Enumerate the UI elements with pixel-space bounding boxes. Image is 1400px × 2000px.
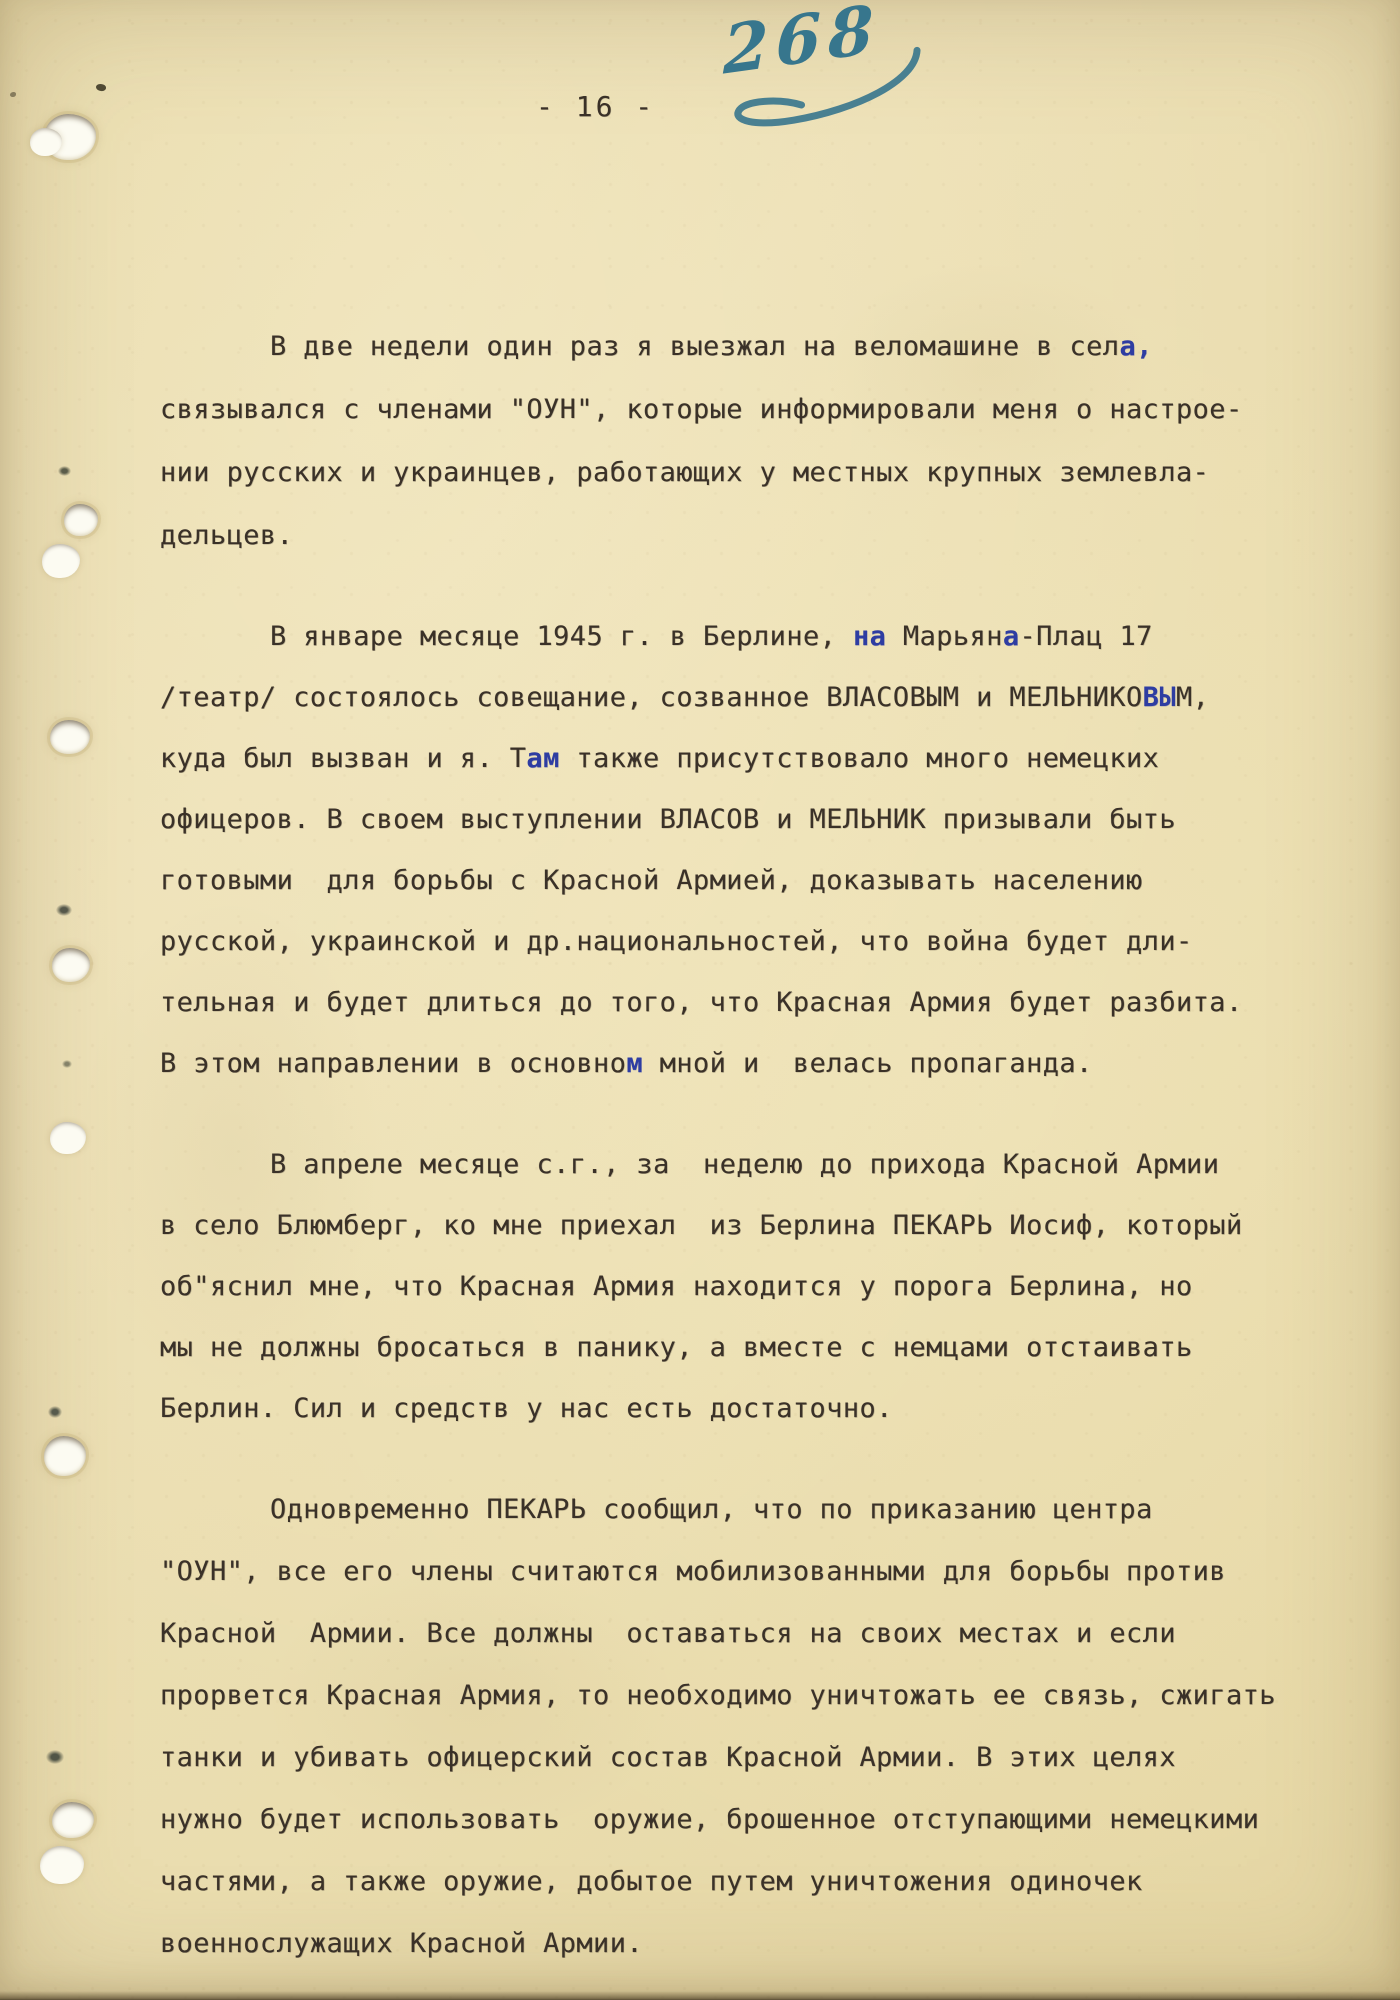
typed-text: нужно будет использовать оружие, брошенн…	[160, 1804, 1259, 1835]
paragraph: Одновременно ПЕКАРЬ сообщил, что по прик…	[160, 1480, 1310, 1976]
blue-ink-correction: ам	[526, 743, 559, 774]
text-line: танки и убивать офицерский состав Красно…	[160, 1728, 1310, 1790]
paragraph: В две недели один раз я выезжал на велом…	[160, 317, 1310, 569]
text-line: офицеров. В своем выступлении ВЛАСОВ и М…	[160, 791, 1310, 852]
typed-text: готовыми для борьбы с Красной Армией, до…	[160, 865, 1143, 896]
typed-text: Одновременно ПЕКАРЬ сообщил, что по прик…	[270, 1494, 1153, 1525]
page-number: - 16 -	[536, 90, 655, 123]
typed-text: -Плац 17	[1020, 621, 1153, 652]
typed-text: военнослужащих Красной Армии.	[160, 1928, 643, 1959]
text-line: готовыми для борьбы с Красной Армией, до…	[160, 852, 1310, 913]
text-line: нии русских и украинцев, работающих у ме…	[160, 443, 1310, 506]
blue-ink-correction: а	[1003, 621, 1020, 652]
text-line: Берлин. Сил и средств у нас есть достато…	[160, 1380, 1310, 1441]
typed-text: Берлин. Сил и средств у нас есть достато…	[160, 1393, 893, 1424]
typed-text: офицеров. В своем выступлении ВЛАСОВ и М…	[160, 804, 1176, 835]
text-line: связывался с членами "ОУН", которые инфо…	[160, 380, 1310, 443]
typed-text: также присутствовало много немецких	[560, 743, 1160, 774]
paper-mark	[56, 904, 72, 916]
typed-text: В две недели один раз я выезжал на велом…	[270, 331, 1119, 362]
text-line: прорвется Красная Армия, то необходимо у…	[160, 1666, 1310, 1728]
typed-text: /театр/ состоялось совещание, созванное …	[160, 682, 1143, 713]
text-line: В апреле месяце с.г., за неделю до прихо…	[160, 1136, 1310, 1197]
text-line: тельная и будет длиться до того, что Кра…	[160, 974, 1310, 1035]
blue-ink-correction: а,	[1119, 331, 1152, 362]
typed-text: Красной Армии. Все должны оставаться на …	[160, 1618, 1176, 1649]
text-line: куда был вызван и я. Там также присутств…	[160, 730, 1310, 791]
typed-text: мной и велась пропаганда.	[643, 1048, 1093, 1079]
blue-ink-correction: м	[626, 1048, 643, 1079]
text-line: /театр/ состоялось совещание, созванное …	[160, 669, 1310, 730]
text-line: мы не должны бросаться в панику, а вмест…	[160, 1319, 1310, 1380]
typed-text: мы не должны бросаться в панику, а вмест…	[160, 1332, 1193, 1363]
text-line: В две недели один раз я выезжал на велом…	[160, 317, 1310, 380]
paper-bottom-edge	[0, 1991, 1400, 2000]
paragraph: В январе месяце 1945 г. в Берлине, на Ма…	[160, 608, 1310, 1096]
typed-text: В апреле месяце с.г., за неделю до прихо…	[270, 1149, 1219, 1180]
typed-text: В этом направлении в основно	[160, 1048, 626, 1079]
text-line: об"яснил мне, что Красная Армия находитс…	[160, 1258, 1310, 1319]
typed-text: в село Блюмберг, ко мне приехал из Берли…	[160, 1210, 1243, 1241]
typed-text: Марьян	[886, 621, 1003, 652]
text-line: дельцев.	[160, 506, 1310, 569]
paper-mark	[62, 1060, 72, 1068]
typed-text: М,	[1176, 682, 1209, 713]
typed-text: танки и убивать офицерский состав Красно…	[160, 1742, 1176, 1773]
typed-text: русской, украинской и др.национальностей…	[160, 926, 1193, 957]
typed-text: дельцев.	[160, 520, 293, 551]
text-line: Красной Армии. Все должны оставаться на …	[160, 1604, 1310, 1666]
paper-mark	[48, 1406, 62, 1418]
paragraph: В апреле месяце с.г., за неделю до прихо…	[160, 1136, 1310, 1441]
typed-text: связывался с членами "ОУН", которые инфо…	[160, 394, 1243, 425]
paper-mark	[46, 1750, 64, 1764]
typed-text: куда был вызван и я. Т	[160, 743, 526, 774]
typed-text: прорвется Красная Армия, то необходимо у…	[160, 1680, 1276, 1711]
text-line: В январе месяце 1945 г. в Берлине, на Ма…	[160, 608, 1310, 669]
text-line: Одновременно ПЕКАРЬ сообщил, что по прик…	[160, 1480, 1310, 1542]
text-line: военнослужащих Красной Армии.	[160, 1914, 1310, 1976]
typed-text: частями, а также оружие, добытое путем у…	[160, 1866, 1143, 1897]
typed-text: об"яснил мне, что Красная Армия находитс…	[160, 1271, 1193, 1302]
text-line: "ОУН", все его члены считаются мобилизов…	[160, 1542, 1310, 1604]
text-line: нужно будет использовать оружие, брошенн…	[160, 1790, 1310, 1852]
paper-mark	[58, 466, 71, 476]
text-line: в село Блюмберг, ко мне приехал из Берли…	[160, 1197, 1310, 1258]
text-line: частями, а также оружие, добытое путем у…	[160, 1852, 1310, 1914]
text-line: русской, украинской и др.национальностей…	[160, 913, 1310, 974]
typed-text: нии русских и украинцев, работающих у ме…	[160, 457, 1209, 488]
typed-text: "ОУН", все его члены считаются мобилизов…	[160, 1556, 1226, 1587]
typed-text: В январе месяце 1945 г. в Берлине,	[270, 621, 853, 652]
typed-text: тельная и будет длиться до того, что Кра…	[160, 987, 1243, 1018]
text-line: В этом направлении в основном мной и вел…	[160, 1035, 1310, 1096]
blue-ink-correction: на	[853, 621, 886, 652]
blue-ink-correction: ВЫ	[1143, 682, 1176, 713]
